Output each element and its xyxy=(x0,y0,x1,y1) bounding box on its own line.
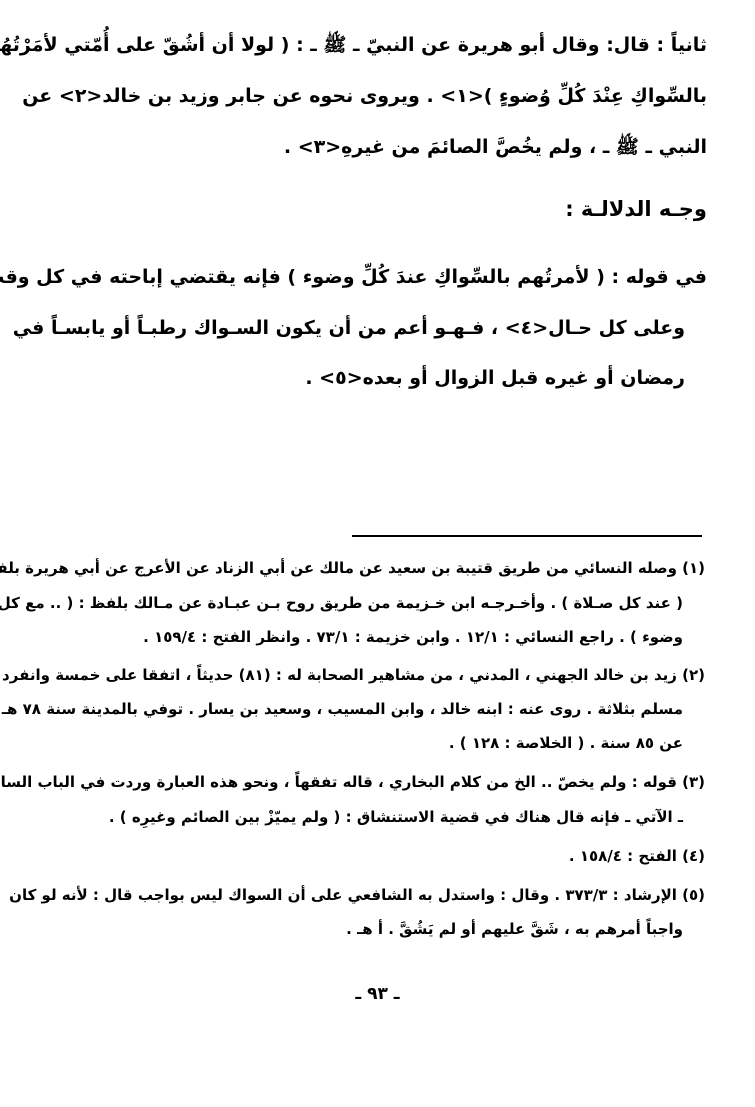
main-text-line: النبي ـ ﷺ ـ ، ولم يخُصَّ الصائمَ من غيره… xyxy=(48,138,707,157)
footnote-separator xyxy=(352,535,702,537)
page-number: ـ ٩٣ ـ xyxy=(0,984,755,1004)
main-text-line: في قوله : ( لأمرتُهم بالسِّواكِ عندَ كُل… xyxy=(48,268,707,287)
main-text-line: رمضان أو غيره قبل الزوال أو بعده<٥> . xyxy=(48,369,685,388)
footnote-2-line: عن ٨٥ سنة . ( الخلاصة : ١٢٨ ) . xyxy=(60,736,683,751)
footnote-1-line: (١) وصله النسائي من طريق قتيبة بن سعيد ع… xyxy=(60,561,705,576)
main-text-line: وعلى كل حـال<٤> ، فـهـو أعم من أن يكون ا… xyxy=(48,319,685,338)
footnote-5-line: (٥) الإرشاد : ٣٧٣/٣ . وقال : واستدل به ا… xyxy=(60,888,705,903)
footnote-3-line: ـ الآتي ـ فإنه قال هناك في قضية الاستنشا… xyxy=(60,810,683,825)
main-text-line: ثانياً : قال: وقال أبو هريرة عن النبيّ ـ… xyxy=(48,36,707,55)
section-heading: وجـه الدلالـة : xyxy=(565,197,707,221)
footnote-1-line: ( عند كل صـلاة ) . وأخـرجـه ابن خـزيمة م… xyxy=(60,596,683,611)
main-text-line: بالسِّواكِ عِنْدَ كُلِّ وُضوءٍ )<١> . وي… xyxy=(48,87,707,106)
book-page: ثانياً : قال: وقال أبو هريرة عن النبيّ ـ… xyxy=(0,0,755,1107)
footnote-3-line: (٣) قوله : ولم يخصّ .. الخ من كلام البخا… xyxy=(60,775,705,790)
footnote-1-line: وضوء ) . راجع النسائي : ١٢/١ . وابن خزيم… xyxy=(60,630,683,645)
footnote-2-line: (٢) زيد بن خالد الجهني ، المدني ، من مشا… xyxy=(60,668,705,683)
footnote-2-line: مسلم بثلاثة . روى عنه : ابنه خالد ، وابن… xyxy=(60,702,683,717)
footnote-5-line: واجباً أمرهم به ، شَقَّ عليهم أو لم يَشُ… xyxy=(60,922,683,937)
footnote-4-line: (٤) الفتح : ١٥٨/٤ . xyxy=(60,849,705,864)
